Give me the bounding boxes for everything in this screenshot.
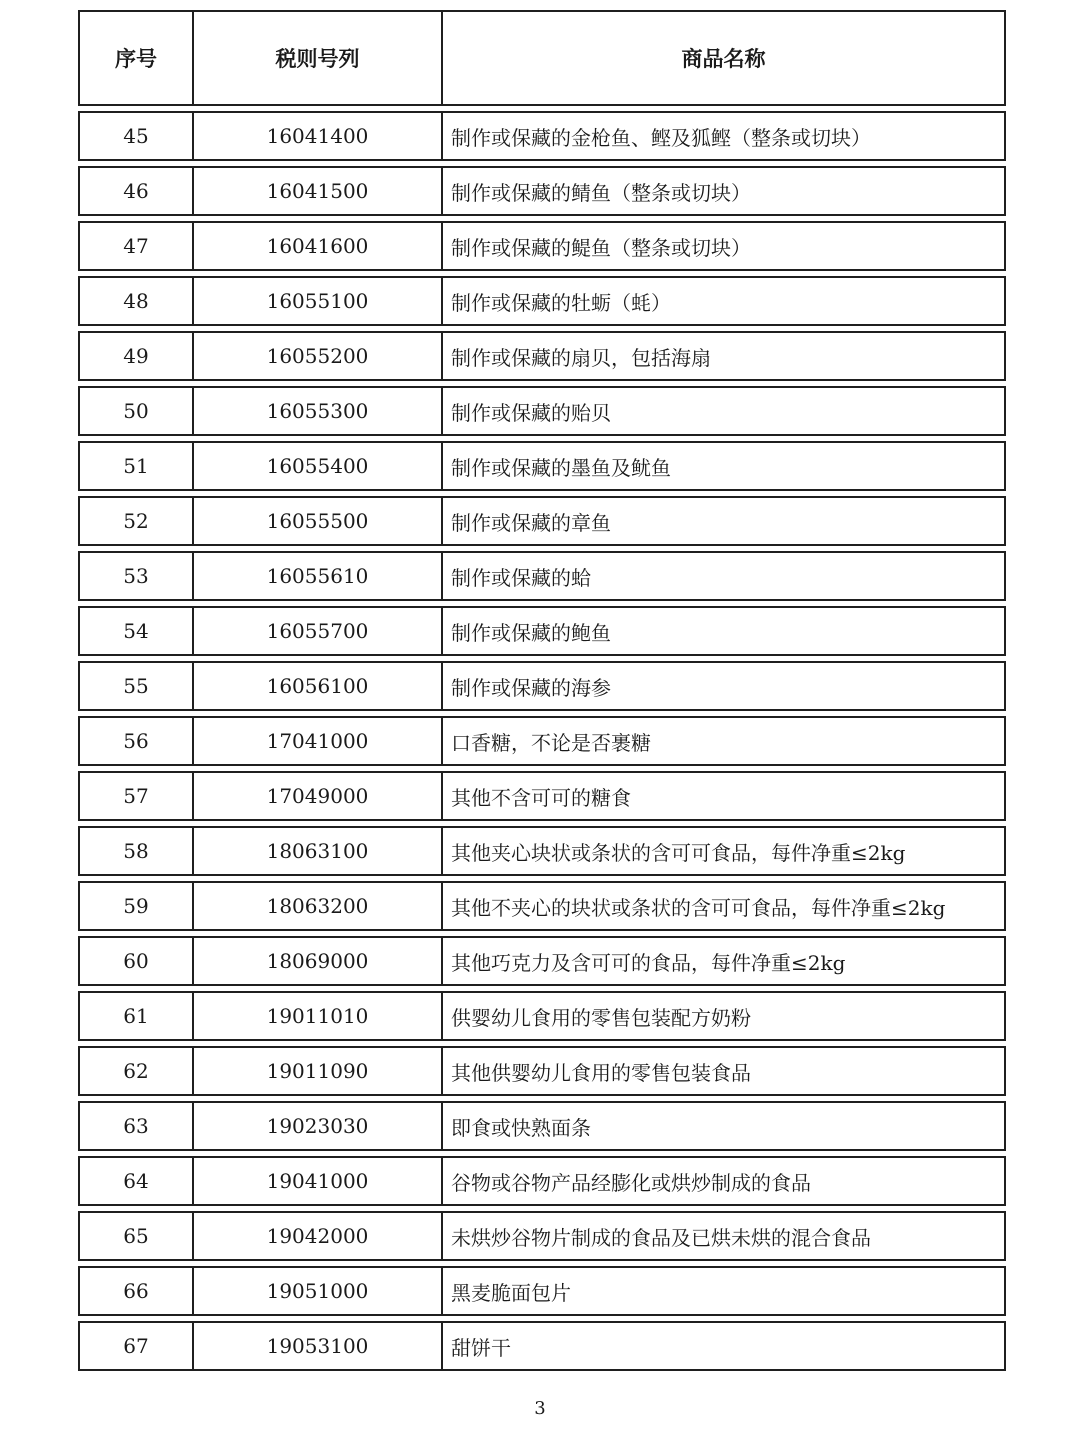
tariff-table-body: 45 16041400 制作或保藏的金枪鱼、鲣及狐鲣（整条或切块） 46 160… bbox=[78, 111, 1006, 1371]
header-tariff-code: 税则号列 bbox=[194, 12, 443, 104]
cell-tariff-code: 18063200 bbox=[194, 883, 443, 929]
cell-product-name: 其他不夹心的块状或条状的含可可食品，每件净重≤2kg bbox=[443, 883, 1004, 929]
cell-serial-number: 46 bbox=[80, 168, 194, 214]
cell-serial-number: 50 bbox=[80, 388, 194, 434]
document-page: 序号 税则号列 商品名称 45 16041400 制作或保藏的金枪鱼、鲣及狐鲣（… bbox=[0, 0, 1080, 1437]
table-row: 60 18069000 其他巧克力及含可可的食品，每件净重≤2kg bbox=[78, 936, 1006, 986]
cell-serial-number: 66 bbox=[80, 1268, 194, 1314]
cell-product-name: 口香糖，不论是否裹糖 bbox=[443, 718, 1004, 764]
cell-serial-number: 57 bbox=[80, 773, 194, 819]
table-row: 47 16041600 制作或保藏的鳀鱼（整条或切块） bbox=[78, 221, 1006, 271]
table-row: 55 16056100 制作或保藏的海参 bbox=[78, 661, 1006, 711]
table-row: 57 17049000 其他不含可可的糖食 bbox=[78, 771, 1006, 821]
cell-tariff-code: 16041500 bbox=[194, 168, 443, 214]
cell-tariff-code: 16055100 bbox=[194, 278, 443, 324]
table-row: 53 16055610 制作或保藏的蛤 bbox=[78, 551, 1006, 601]
table-row: 66 19051000 黑麦脆面包片 bbox=[78, 1266, 1006, 1316]
cell-serial-number: 64 bbox=[80, 1158, 194, 1204]
cell-serial-number: 45 bbox=[80, 113, 194, 159]
table-row: 49 16055200 制作或保藏的扇贝，包括海扇 bbox=[78, 331, 1006, 381]
cell-serial-number: 65 bbox=[80, 1213, 194, 1259]
cell-product-name: 制作或保藏的扇贝，包括海扇 bbox=[443, 333, 1004, 379]
cell-tariff-code: 16055200 bbox=[194, 333, 443, 379]
cell-product-name: 制作或保藏的墨鱼及鱿鱼 bbox=[443, 443, 1004, 489]
cell-tariff-code: 16056100 bbox=[194, 663, 443, 709]
cell-serial-number: 60 bbox=[80, 938, 194, 984]
cell-product-name: 制作或保藏的鲍鱼 bbox=[443, 608, 1004, 654]
table-row: 52 16055500 制作或保藏的章鱼 bbox=[78, 496, 1006, 546]
cell-product-name: 其他供婴幼儿食用的零售包装食品 bbox=[443, 1048, 1004, 1094]
cell-serial-number: 63 bbox=[80, 1103, 194, 1149]
cell-tariff-code: 16041600 bbox=[194, 223, 443, 269]
cell-tariff-code: 17041000 bbox=[194, 718, 443, 764]
cell-tariff-code: 18063100 bbox=[194, 828, 443, 874]
cell-product-name: 其他巧克力及含可可的食品，每件净重≤2kg bbox=[443, 938, 1004, 984]
cell-tariff-code: 16055400 bbox=[194, 443, 443, 489]
table-row: 51 16055400 制作或保藏的墨鱼及鱿鱼 bbox=[78, 441, 1006, 491]
cell-serial-number: 58 bbox=[80, 828, 194, 874]
table-row: 48 16055100 制作或保藏的牡蛎（蚝） bbox=[78, 276, 1006, 326]
cell-tariff-code: 19042000 bbox=[194, 1213, 443, 1259]
cell-tariff-code: 19011010 bbox=[194, 993, 443, 1039]
cell-tariff-code: 19051000 bbox=[194, 1268, 443, 1314]
cell-serial-number: 59 bbox=[80, 883, 194, 929]
tariff-table: 序号 税则号列 商品名称 45 16041400 制作或保藏的金枪鱼、鲣及狐鲣（… bbox=[78, 10, 1006, 1376]
table-row: 62 19011090 其他供婴幼儿食用的零售包装食品 bbox=[78, 1046, 1006, 1096]
cell-tariff-code: 16055610 bbox=[194, 553, 443, 599]
table-row: 46 16041500 制作或保藏的鲭鱼（整条或切块） bbox=[78, 166, 1006, 216]
cell-serial-number: 62 bbox=[80, 1048, 194, 1094]
cell-product-name: 甜饼干 bbox=[443, 1323, 1004, 1369]
cell-product-name: 供婴幼儿食用的零售包装配方奶粉 bbox=[443, 993, 1004, 1039]
table-row: 58 18063100 其他夹心块状或条状的含可可食品，每件净重≤2kg bbox=[78, 826, 1006, 876]
cell-product-name: 制作或保藏的贻贝 bbox=[443, 388, 1004, 434]
cell-serial-number: 54 bbox=[80, 608, 194, 654]
cell-product-name: 制作或保藏的蛤 bbox=[443, 553, 1004, 599]
cell-tariff-code: 19023030 bbox=[194, 1103, 443, 1149]
table-row: 65 19042000 未烘炒谷物片制成的食品及已烘未烘的混合食品 bbox=[78, 1211, 1006, 1261]
cell-serial-number: 52 bbox=[80, 498, 194, 544]
cell-tariff-code: 16041400 bbox=[194, 113, 443, 159]
cell-serial-number: 51 bbox=[80, 443, 194, 489]
table-row: 59 18063200 其他不夹心的块状或条状的含可可食品，每件净重≤2kg bbox=[78, 881, 1006, 931]
header-serial-number: 序号 bbox=[80, 12, 194, 104]
cell-serial-number: 53 bbox=[80, 553, 194, 599]
cell-serial-number: 56 bbox=[80, 718, 194, 764]
cell-serial-number: 47 bbox=[80, 223, 194, 269]
cell-serial-number: 49 bbox=[80, 333, 194, 379]
cell-product-name: 黑麦脆面包片 bbox=[443, 1268, 1004, 1314]
cell-product-name: 制作或保藏的金枪鱼、鲣及狐鲣（整条或切块） bbox=[443, 113, 1004, 159]
table-header-row: 序号 税则号列 商品名称 bbox=[78, 10, 1006, 106]
cell-product-name: 制作或保藏的鳀鱼（整条或切块） bbox=[443, 223, 1004, 269]
cell-product-name: 其他夹心块状或条状的含可可食品，每件净重≤2kg bbox=[443, 828, 1004, 874]
cell-serial-number: 61 bbox=[80, 993, 194, 1039]
cell-serial-number: 55 bbox=[80, 663, 194, 709]
cell-product-name: 未烘炒谷物片制成的食品及已烘未烘的混合食品 bbox=[443, 1213, 1004, 1259]
cell-product-name: 制作或保藏的章鱼 bbox=[443, 498, 1004, 544]
cell-product-name: 制作或保藏的牡蛎（蚝） bbox=[443, 278, 1004, 324]
cell-tariff-code: 18069000 bbox=[194, 938, 443, 984]
cell-tariff-code: 16055300 bbox=[194, 388, 443, 434]
cell-tariff-code: 19011090 bbox=[194, 1048, 443, 1094]
table-row: 45 16041400 制作或保藏的金枪鱼、鲣及狐鲣（整条或切块） bbox=[78, 111, 1006, 161]
table-row: 64 19041000 谷物或谷物产品经膨化或烘炒制成的食品 bbox=[78, 1156, 1006, 1206]
header-product-name: 商品名称 bbox=[443, 12, 1004, 104]
cell-product-name: 谷物或谷物产品经膨化或烘炒制成的食品 bbox=[443, 1158, 1004, 1204]
table-row: 61 19011010 供婴幼儿食用的零售包装配方奶粉 bbox=[78, 991, 1006, 1041]
table-row: 63 19023030 即食或快熟面条 bbox=[78, 1101, 1006, 1151]
cell-product-name: 其他不含可可的糖食 bbox=[443, 773, 1004, 819]
cell-tariff-code: 17049000 bbox=[194, 773, 443, 819]
table-row: 50 16055300 制作或保藏的贻贝 bbox=[78, 386, 1006, 436]
table-row: 54 16055700 制作或保藏的鲍鱼 bbox=[78, 606, 1006, 656]
table-row: 67 19053100 甜饼干 bbox=[78, 1321, 1006, 1371]
page-number: 3 bbox=[0, 1398, 1080, 1419]
cell-product-name: 即食或快熟面条 bbox=[443, 1103, 1004, 1149]
cell-tariff-code: 16055700 bbox=[194, 608, 443, 654]
table-row: 56 17041000 口香糖，不论是否裹糖 bbox=[78, 716, 1006, 766]
cell-product-name: 制作或保藏的鲭鱼（整条或切块） bbox=[443, 168, 1004, 214]
cell-tariff-code: 19041000 bbox=[194, 1158, 443, 1204]
cell-serial-number: 67 bbox=[80, 1323, 194, 1369]
cell-tariff-code: 19053100 bbox=[194, 1323, 443, 1369]
cell-serial-number: 48 bbox=[80, 278, 194, 324]
cell-product-name: 制作或保藏的海参 bbox=[443, 663, 1004, 709]
cell-tariff-code: 16055500 bbox=[194, 498, 443, 544]
